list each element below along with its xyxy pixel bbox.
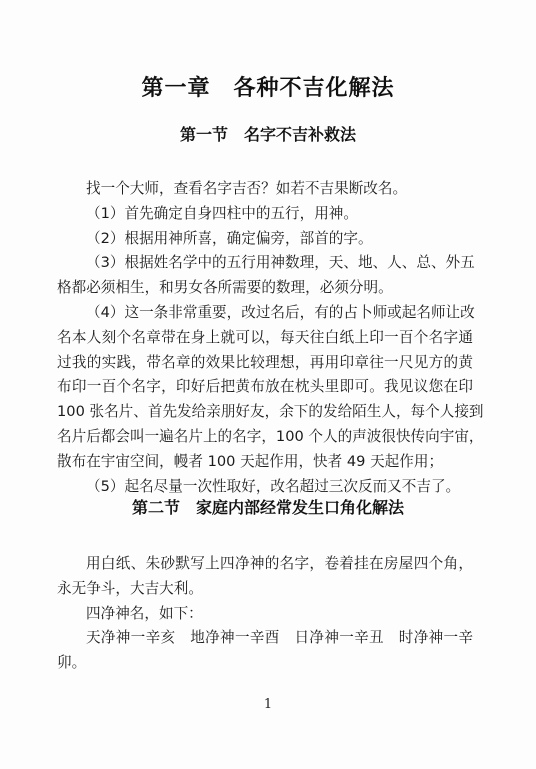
section-2-title: 第二节 家庭内部经常发生口角化解法 [0,498,536,518]
chapter-title: 第一章 各种不吉化解法 [0,76,536,102]
section-1-body: 找一个大师，查看名字吉否？如若不吉果断改名。 （1）首先确定自身四柱中的五行，用… [57,177,473,499]
paragraph-line: 100 张名片、首先发给亲朋好友，余下的发给陌生人，每个人接到 [57,400,473,425]
paragraph-line: 名片后都会叫一遍名片上的名字，100 个人的声波很快传向宇宙， [57,425,473,450]
paragraph-line: 用白纸、朱砂默写上四净神的名字，卷着挂在房屋四个角， [57,552,473,577]
page-number: 1 [0,697,536,712]
paragraph-line: （1）首先确定自身四柱中的五行，用神。 [57,202,473,227]
paragraph-line: 名本人刻个名章带在身上就可以，每天往白纸上印一百个名字通 [57,326,473,351]
paragraph-line: 四净神名，如下： [57,602,473,627]
paragraph-line: （2）根据用神所喜，确定偏旁，部首的字。 [57,227,473,252]
paragraph-line: （5）起名尽量一次性取好，改名超过三次反而又不吉了。 [57,475,473,500]
section-1-title: 第一节 名字不吉补救法 [0,125,536,145]
paragraph-line: 格都必须相生，和男女各所需要的数理，必须分明。 [57,276,473,301]
paragraph-line: 过我的实践，带名章的效果比较理想，再用印章往一尺见方的黄 [57,351,473,376]
paragraph-line: 散布在宇宙空间，幔者 100 天起作用，快者 49 天起作用； [57,450,473,475]
section-2-body: 用白纸、朱砂默写上四净神的名字，卷着挂在房屋四个角， 永无争斗，大吉大利。 四净… [57,552,473,676]
paragraph-line: （4）这一条非常重要，改过名后，有的占卜师或起名师让改 [57,301,473,326]
document-page: 第一章 各种不吉化解法 第一节 名字不吉补救法 找一个大师，查看名字吉否？如若不… [0,0,536,769]
paragraph-line: 找一个大师，查看名字吉否？如若不吉果断改名。 [57,177,473,202]
paragraph-line: 天净神一辛亥 地净神一辛酉 日净神一辛丑 时净神一辛 [57,626,473,651]
paragraph-line: （3）根据姓名学中的五行用神数理，天、地、人、总、外五 [57,251,473,276]
paragraph-line: 布印一百个名字，印好后把黄布放在枕头里即可。我见议您在印 [57,375,473,400]
paragraph-line: 永无争斗，大吉大利。 [57,577,473,602]
paragraph-line: 卯。 [57,651,473,676]
